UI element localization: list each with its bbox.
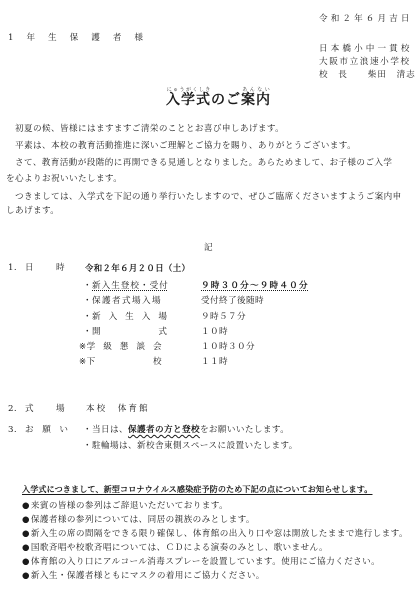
bullet-dot: ・ xyxy=(83,296,92,306)
item-3-label: お 願 い xyxy=(25,425,68,436)
schedule-list: ・新入生登校・受付 ９時３０分～９時４０分 ・保護者式場入場 受付終了後随時 ・… xyxy=(83,281,323,377)
note-mark: ※ xyxy=(79,357,87,367)
schedule-time: 受付終了後随時 xyxy=(201,296,264,307)
paragraph-1: 初夏の候、皆様にはますますご清栄のこととお喜び申しあげます。 xyxy=(15,124,284,135)
item-2-number: 2. xyxy=(8,404,17,415)
request-line-1: ・当日は、保護者の方と登校をお願いいたします。 xyxy=(83,425,289,436)
paragraph-4-line-1: つきましては、入学式を下記の通り挙行いたしますので、ぜひご臨席くださいますようご… xyxy=(15,192,402,203)
title-text-2: のご xyxy=(211,92,241,108)
notice-heading: 入学式につきまして、新型コロナウイルス感染症予防のため下記の点についてお知らせし… xyxy=(22,484,372,495)
schedule-label-text: 開 式 xyxy=(92,327,167,337)
bullet-icon: ● xyxy=(22,543,30,553)
note-mark: ※ xyxy=(79,342,87,352)
schedule-time: １０時 xyxy=(201,327,228,338)
title-ruby-1: にゅうがくしき xyxy=(166,87,211,93)
schedule-label-text: 学 級 懇 談 会 xyxy=(87,342,162,352)
bullet-icon: ● xyxy=(22,529,30,539)
bullet-icon: ● xyxy=(22,501,30,511)
notice-item: ●新入生・保護者様ともにマスクの着用にご協力ください。 xyxy=(22,571,265,582)
request-line-2: ・駐輪場は、新校舎東側スペースに設置いたします。 xyxy=(83,441,298,452)
request-1-pre: ・当日は、 xyxy=(83,425,128,435)
title-ruby-3: あんない xyxy=(241,87,271,93)
item-1-label-a: 日 xyxy=(25,263,34,274)
notice-text: 来賓の皆様の参列はご辞退いただいております。 xyxy=(31,501,228,511)
principal-title: 校 長 xyxy=(319,70,348,80)
schedule-time: １０時３０分 xyxy=(201,342,255,353)
notice-text: 保護者様の参列については、同居の親族のみとします。 xyxy=(31,515,255,525)
schedule-time: １１時 xyxy=(201,357,228,368)
item-2-label-b: 場 xyxy=(56,404,65,415)
bullet-icon: ● xyxy=(22,515,30,525)
title-text-3: 案内 xyxy=(241,92,271,108)
title-text-1: 入学式 xyxy=(166,92,211,108)
notice-text: 新入生の席の間隔をできる限り確保し、体育館の出入り口や窓は開放したままで進行しま… xyxy=(31,529,408,539)
request-1-post: をお願いいたします。 xyxy=(200,425,289,435)
recipient: 1 年 生 保 護 者 様 xyxy=(8,33,145,44)
schedule-label: ・保護者式場入場 xyxy=(83,296,198,307)
schedule-label: ・新入生登校・受付 xyxy=(83,281,198,292)
schedule-time: ９時５７分 xyxy=(201,312,246,323)
document-date: 令和２年６月吉日 xyxy=(319,14,413,25)
school-name-1: 日本橋小中一貫校 xyxy=(319,44,413,55)
bullet-dot: ・ xyxy=(83,281,92,291)
item-1-label-b: 時 xyxy=(56,263,65,274)
notice-item: ●国歌斉唱や校歌斉唱については、ＣＤによる演奏のみとし、歌いません。 xyxy=(22,543,328,554)
notice-text: 体育館の入り口にアルコール消毒スプレーを設置しています。使用にご協力ください。 xyxy=(31,557,380,567)
schedule-label: ・新 入 生 入 場 xyxy=(83,312,198,323)
paragraph-3-line-1: さて、教育活動が段階的に再開できる見通しとなりました。あらためまして、お子様のご… xyxy=(15,158,392,169)
page-title: 入学式にゅうがくしきのご案内あんない xyxy=(166,87,271,109)
notice-item: ●保護者様の参列については、同居の親族のみとします。 xyxy=(22,515,255,526)
venue-value: 本校 体育館 xyxy=(86,404,150,415)
bullet-icon: ● xyxy=(22,571,30,581)
principal-name: 柴田 清志 xyxy=(368,70,416,80)
ki-heading: 記 xyxy=(204,243,213,254)
principal-line: 校 長柴田 清志 xyxy=(319,70,416,81)
notice-item: ●来賓の皆様の参列はご辞退いただいております。 xyxy=(22,501,228,512)
schedule-label: ※学 級 懇 談 会 xyxy=(79,342,194,353)
event-date: 令和２年６月２０日（土） xyxy=(85,263,190,274)
notice-text: 新入生・保護者様ともにマスクの着用にご協力ください。 xyxy=(31,571,265,581)
bullet-dot: ・ xyxy=(83,312,92,322)
notice-item: ●体育館の入り口にアルコール消毒スプレーを設置しています。使用にご協力ください。 xyxy=(22,557,380,568)
schedule-label-text: 新入生登校・受付 xyxy=(92,281,169,291)
paragraph-4-line-2: しあげます。 xyxy=(6,206,59,217)
request-1-emphasis: 保護者の方と登校 xyxy=(128,425,200,435)
bullet-icon: ● xyxy=(22,557,30,567)
schedule-label: ※下 校 xyxy=(79,357,194,368)
paragraph-2: 平素は、本校の教育活動推進に深いご理解とご協力を賜り、ありがとうございます。 xyxy=(15,141,356,152)
item-2-label-a: 式 xyxy=(25,404,34,415)
schedule-label-text: 新 入 生 入 場 xyxy=(92,312,167,322)
bullet-dot: ・ xyxy=(83,327,92,337)
schedule-label: ・開 式 xyxy=(83,327,198,338)
schedule-time: ９時３０分～９時４０分 xyxy=(201,281,309,292)
school-name-2: 大阪市立浪速小学校 xyxy=(319,57,411,68)
schedule-label-text: 下 校 xyxy=(87,357,162,367)
item-1-number: 1. xyxy=(8,263,17,274)
paragraph-3-line-2: を心よりお祝いいたします。 xyxy=(6,174,122,185)
notice-text: 国歌斉唱や校歌斉唱については、ＣＤによる演奏のみとし、歌いません。 xyxy=(31,543,328,553)
schedule-label-text: 保護者式場入場 xyxy=(92,296,162,306)
notice-item: ●新入生の席の間隔をできる限り確保し、体育館の出入り口や窓は開放したままで進行し… xyxy=(22,529,408,540)
item-3-number: 3. xyxy=(8,425,17,436)
